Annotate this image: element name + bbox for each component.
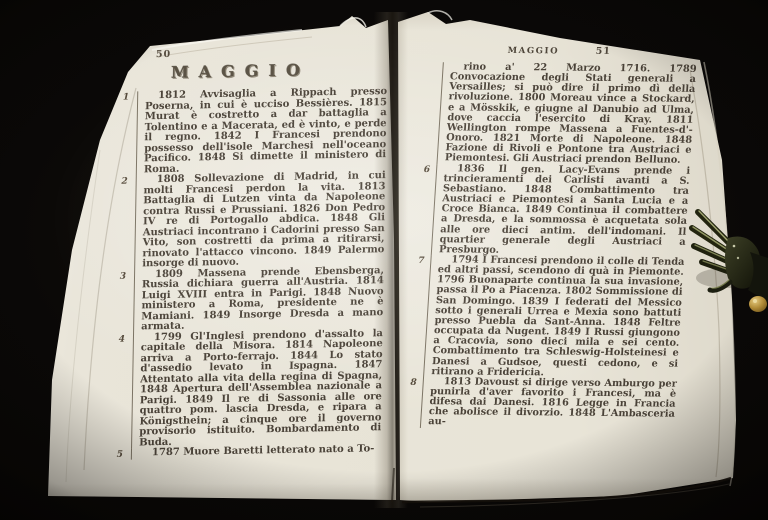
entry-text: 1808 Sollevazione di Madrid, in cui molt… (134, 171, 386, 270)
calendar-entry-row: 8 1813 Davoust si dirige verso Amburgo p… (396, 377, 677, 431)
day-number: 8 (396, 377, 423, 428)
calendar-entry-row: 3 1809 Massena prende Ebensberga, Russia… (99, 266, 384, 334)
day-number: 2 (100, 175, 136, 270)
day-number: 1 (102, 91, 137, 176)
left-page-text: 50 MAGGIO 1 1812 Avvisaglia a Rippach pr… (97, 45, 388, 460)
day-number: 4 (97, 333, 133, 449)
entry-text: 1794 I Francesi prendono il colle di Ten… (423, 255, 685, 379)
book-photo: 50 MAGGIO 1 1812 Avvisaglia a Rippach pr… (0, 0, 768, 520)
day-number: 5 (97, 449, 131, 461)
month-title-right: MAGGIO (507, 46, 559, 57)
right-page-header: MAGGIO 51 (419, 44, 698, 60)
calendar-entry-row: 2 1808 Sollevazione di Madrid, in cui mo… (100, 171, 386, 270)
entry-text: 1799 Gl'Inglesi prendono d'assalto la ca… (131, 329, 383, 449)
entry-text: 1812 Avvisaglia a Rippach presso Poserna… (136, 87, 387, 175)
entry-text: 1813 Davoust si dirige verso Amburgo per… (420, 377, 677, 430)
metal-hand-page-holder-icon (684, 198, 768, 316)
day-number: 3 (99, 270, 134, 334)
calendar-entry-row: 4 1799 Gl'Inglesi prendono d'assalto la … (97, 329, 383, 450)
page-number-right: 51 (595, 46, 611, 57)
month-title-left: MAGGIO (103, 59, 377, 83)
calendar-entry-row: 7 1794 I Francesi prendono il colle di T… (399, 255, 685, 380)
continuation-text: rino a' 22 Marzo 1716. 1789 Convocazione… (436, 62, 696, 166)
entry-text: 1809 Massena prende Ebensberga, Russia d… (133, 266, 384, 333)
right-page-text: MAGGIO 51 rino a' 22 Marzo 1716. 1789 Co… (396, 44, 698, 430)
entry-text: 1836 Il gen. Lacy-Evans prende i trincie… (431, 164, 691, 258)
calendar-entry-row: rino a' 22 Marzo 1716. 1789 Convocazione… (412, 62, 696, 166)
calendar-entry-row: 6 1836 Il gen. Lacy-Evans prende i trinc… (407, 163, 691, 257)
calendar-entry-row: 1 1812 Avvisaglia a Rippach presso Poser… (102, 87, 387, 176)
